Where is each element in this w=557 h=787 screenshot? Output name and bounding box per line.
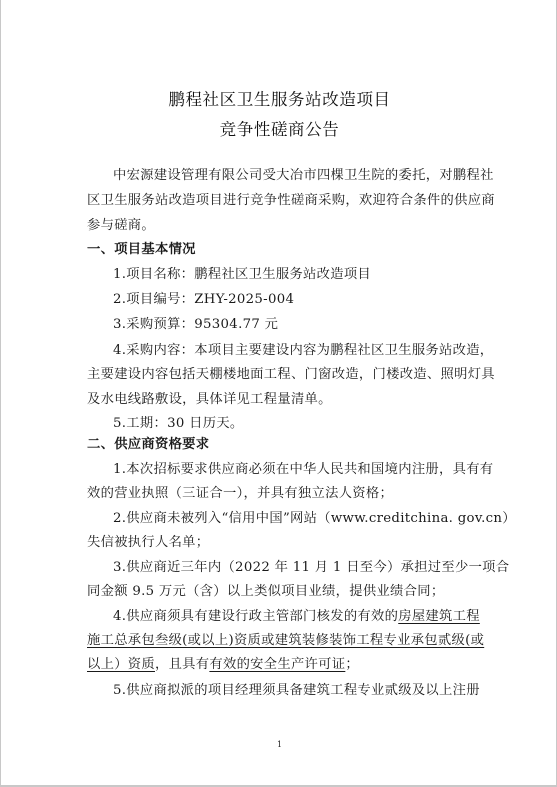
underlined-requirement: 施工总承包叁级(或以上)资质或建筑装修装饰工程专业承包贰级(或 (87, 633, 484, 648)
qualification-line: 3.供应商近三年内（2022 年 11 月 1 日至今）承担过至少一项合 (113, 559, 513, 577)
procurement-content-line: 4.采购内容：本项目主要建设内容为鹏程社区卫生服务站改造， (113, 342, 513, 360)
document-subtitle: 竞争性磋商公告 (1, 116, 557, 140)
intro-line: 区卫生服务站改造项目进行竞争性磋商采购，欢迎符合条件的供应商 (87, 192, 487, 210)
intro-line: 中宏源建设管理有限公司受大冶市四棵卫生院的委托，对鹏程社 (113, 167, 513, 185)
qualification-text: 4.供应商须具有建设行政主管部门核发的有效的 (113, 609, 398, 624)
project-name: 1.项目名称：鹏程社区卫生服务站改造项目 (113, 266, 513, 284)
qualification-line: 同金额 9.5 万元（含）以上类似项目业绩，提供业绩合同； (87, 583, 487, 601)
intro-line: 参与磋商。 (87, 217, 487, 235)
procurement-budget: 3.采购预算：95304.77 元 (113, 316, 513, 334)
underlined-requirement: 有效的安全生产许可证 (209, 657, 345, 672)
qualification-line: 1.本次招标要求供应商必须在中华人民共和国境内注册，具有有 (113, 461, 513, 479)
qualification-line: 2.供应商未被列入“信用中国”网站（www.creditchina. gov.c… (113, 510, 513, 528)
qualification-text: ，且具有 (155, 657, 209, 672)
qualification-text: ； (345, 657, 359, 672)
procurement-content-line: 主要建设内容包括天棚楼地面工程、门窗改造，门楼改造、照明灯具 (87, 366, 487, 384)
underlined-requirement: 以上）资质 (87, 657, 155, 672)
qualification-line: 4.供应商须具有建设行政主管部门核发的有效的房屋建筑工程 (113, 608, 513, 626)
section-heading-project-info: 一、项目基本情况 (87, 241, 487, 259)
construction-period: 5.工期：30 日历天。 (113, 415, 513, 433)
qualification-line: 效的营业执照（三证合一），并具有独立法人资格； (87, 485, 487, 503)
qualification-line: 以上）资质，且具有有效的安全生产许可证； (87, 656, 487, 674)
qualification-line: 失信被执行人名单； (87, 534, 487, 552)
underlined-requirement: 房屋建筑工程 (398, 609, 480, 624)
page-number: 1 (1, 740, 557, 749)
document-title: 鹏程社区卫生服务站改造项目 (1, 86, 557, 110)
project-number: 2.项目编号：ZHY-2025-004 (113, 291, 513, 309)
section-heading-qualifications: 二、供应商资格要求 (87, 436, 487, 454)
qualification-line: 5.供应商拟派的项目经理须具备建筑工程专业贰级及以上注册 (113, 682, 513, 700)
procurement-content-line: 及水电线路敷设，具体详见工程量清单。 (87, 391, 487, 409)
qualification-line: 施工总承包叁级(或以上)资质或建筑装修装饰工程专业承包贰级(或 (87, 632, 487, 650)
document-page: 鹏程社区卫生服务站改造项目 竞争性磋商公告 中宏源建设管理有限公司受大冶市四棵卫… (0, 0, 557, 787)
